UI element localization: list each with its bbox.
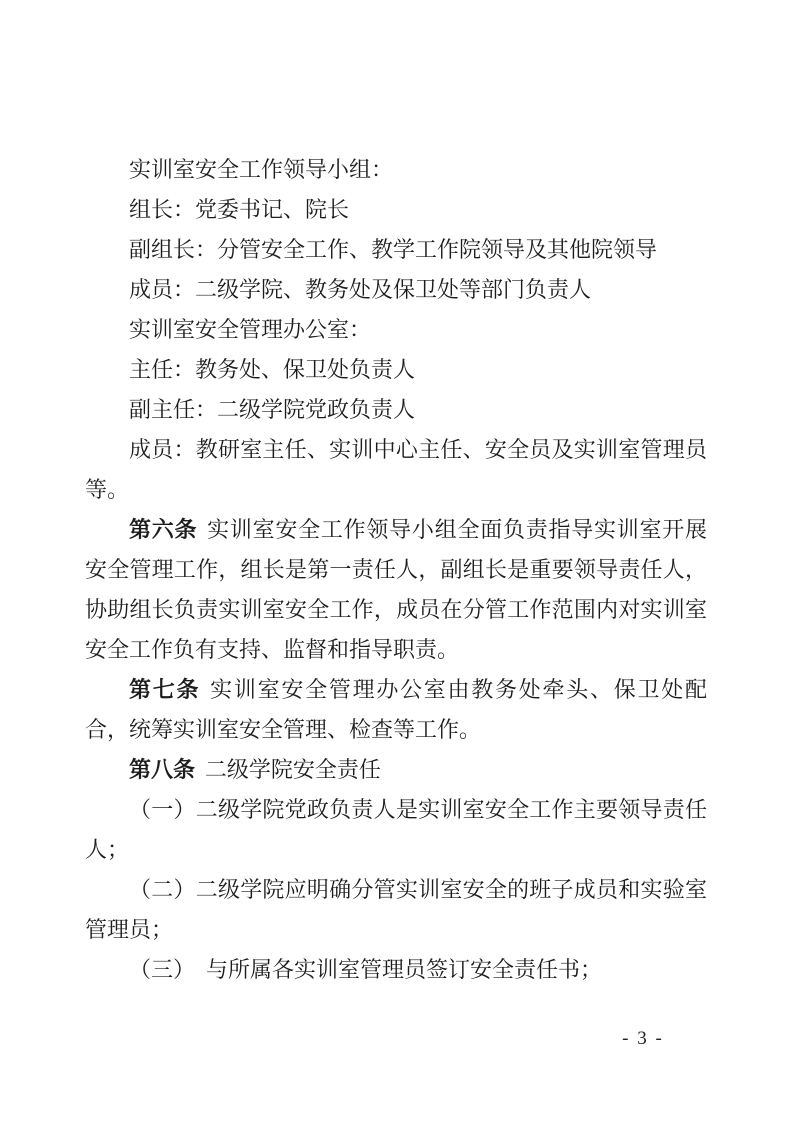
doc-paragraph: 实训室安全管理办公室：	[85, 310, 707, 350]
doc-paragraph: 组长：党委书记、院长	[85, 190, 707, 230]
doc-paragraph: 主任：教务处、保卫处负责人	[85, 350, 707, 390]
doc-paragraph-item-1: （一）二级学院党政负责人是实训室安全工作主要领导责任人；	[85, 790, 707, 870]
paragraph-text: 主任：教务处、保卫处负责人	[129, 357, 415, 382]
paragraph-text: 成员：教研室主任、实训中心主任、安全员及实训室管理员等。	[85, 437, 707, 502]
document-body: 实训室安全工作领导小组： 组长：党委书记、院长 副组长：分管安全工作、教学工作院…	[85, 150, 707, 990]
doc-paragraph-article-7: 第七条实训室安全管理办公室由教务处牵头、保卫处配合，统筹实训室安全管理、检查等工…	[85, 670, 707, 750]
doc-paragraph-article-6: 第六条实训室安全工作领导小组全面负责指导实训室开展安全管理工作，组长是第一责任人…	[85, 510, 707, 670]
paragraph-text: （二）二级学院应明确分管实训室安全的班子成员和实验室管理员；	[85, 877, 707, 942]
doc-paragraph-item-2: （二）二级学院应明确分管实训室安全的班子成员和实验室管理员；	[85, 870, 707, 950]
paragraph-text: 组长：党委书记、院长	[129, 197, 349, 222]
doc-paragraph: 成员：教研室主任、实训中心主任、安全员及实训室管理员等。	[85, 430, 707, 510]
article-number: 第八条	[129, 757, 195, 782]
paragraph-text: （三） 与所属各实训室管理员签订安全责任书；	[129, 957, 602, 982]
paragraph-text: 实训室安全管理办公室：	[129, 317, 371, 342]
paragraph-text: 副组长：分管安全工作、教学工作院领导及其他院领导	[129, 237, 657, 262]
paragraph-text: 副主任：二级学院党政负责人	[129, 397, 415, 422]
paragraph-text: （一）二级学院党政负责人是实训室安全工作主要领导责任人；	[85, 797, 707, 862]
doc-paragraph: 实训室安全工作领导小组：	[85, 150, 707, 190]
page-number: - 3 -	[608, 1026, 678, 1052]
document-page: 实训室安全工作领导小组： 组长：党委书记、院长 副组长：分管安全工作、教学工作院…	[0, 0, 793, 1122]
paragraph-text: 二级学院安全责任	[205, 757, 381, 782]
paragraph-text: 实训室安全工作领导小组：	[129, 157, 393, 182]
article-number: 第七条	[129, 677, 200, 702]
doc-paragraph-article-8: 第八条二级学院安全责任	[85, 750, 707, 790]
doc-paragraph: 成员：二级学院、教务处及保卫处等部门负责人	[85, 270, 707, 310]
article-number: 第六条	[129, 517, 197, 542]
paragraph-text: 成员：二级学院、教务处及保卫处等部门负责人	[129, 277, 591, 302]
doc-paragraph-item-3: （三） 与所属各实训室管理员签订安全责任书；	[85, 950, 707, 990]
doc-paragraph: 副组长：分管安全工作、教学工作院领导及其他院领导	[85, 230, 707, 270]
doc-paragraph: 副主任：二级学院党政负责人	[85, 390, 707, 430]
